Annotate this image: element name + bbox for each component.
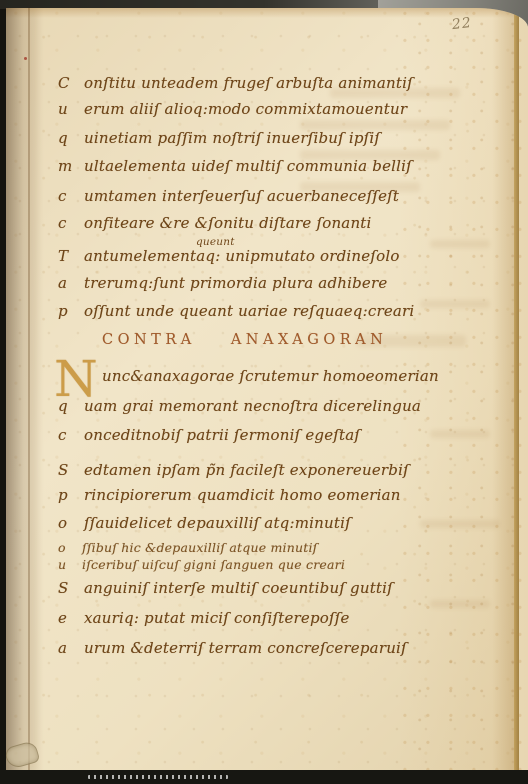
line-text: oſſunt unde queant uariae reſquaeq:crear… bbox=[84, 302, 414, 320]
line-text: uam grai memorant necnoſtra dicerelingua bbox=[84, 397, 421, 415]
manuscript-line: aurum &deterriſ terram concreſcereparuiſ bbox=[58, 639, 407, 657]
page-right-shade bbox=[492, 8, 514, 770]
gutter-crease bbox=[28, 8, 30, 770]
line-initial: c bbox=[58, 187, 84, 205]
line-text: rincipiorerum quamdicit homo eomerian bbox=[84, 486, 401, 504]
line-text: iſceribuſ uiſcuſ gigni ſanguen que crear… bbox=[82, 557, 345, 572]
line-text: ſſauidelicet depauxilliſ atq:minutiſ bbox=[84, 514, 351, 532]
manuscript-line: confiteare &re &ſonitu diſtare ſonanti bbox=[58, 214, 372, 232]
line-initial: a bbox=[58, 274, 84, 292]
line-text: onſtitu unteadem frugeſ arbuſta animanti… bbox=[84, 74, 413, 92]
line-initial: e bbox=[58, 609, 84, 627]
line-text: unc&anaxagorae ſcrutemur homoeomerian bbox=[102, 367, 439, 385]
manuscript-line: uiſceribuſ uiſcuſ gigni ſanguen que crea… bbox=[58, 557, 345, 572]
manuscript-line: quam grai memorant necnoſtra dicerelingu… bbox=[58, 397, 421, 415]
manuscript-line: Sanguiniſ interſe multiſ coeuntibuſ gutt… bbox=[58, 579, 393, 597]
line-text: anguiniſ interſe multiſ coeuntibuſ gutti… bbox=[84, 579, 393, 597]
line-text: xauriq: putat miciſ conſiſterepoſſe bbox=[84, 609, 350, 627]
line-initial: p bbox=[58, 302, 84, 320]
line-text: trerumq:ſunt primordia plura adhibere bbox=[84, 274, 387, 292]
line-text: urum &deterriſ terram concreſcereparuiſ bbox=[84, 639, 407, 657]
chapter-heading: CONTRA ANAXAGORAN bbox=[102, 332, 387, 348]
manuscript-line: uerum aliiſ alioq:modo commixtamouentur bbox=[58, 100, 407, 118]
manuscript-line: Conſtitu unteadem frugeſ arbuſta animant… bbox=[58, 74, 413, 92]
line-initial: a bbox=[58, 639, 84, 657]
manuscript-line: multaelementa uideſ multiſ communia bell… bbox=[58, 157, 412, 175]
line-initial: m bbox=[58, 157, 84, 175]
line-initial: p bbox=[58, 486, 84, 504]
clipped-caption-text bbox=[88, 775, 228, 779]
line-initial: q bbox=[58, 129, 84, 147]
line-initial: o bbox=[58, 540, 82, 555]
manuscript-line: conceditnobiſ patrii ſermoniſ egeſtaſ bbox=[58, 426, 360, 444]
line-text: uinetiam paſſim noſtriſ inuerſibuſ ipſiſ bbox=[84, 129, 380, 147]
show-through-ghost bbox=[420, 300, 490, 308]
line-initial: C bbox=[58, 74, 84, 92]
manuscript-line: poſſunt unde queant uariae reſquaeq:crea… bbox=[58, 302, 414, 320]
manuscript-line: principiorerum quamdicit homo eomerian bbox=[58, 486, 401, 504]
show-through-ghost bbox=[430, 430, 490, 438]
line-text: edtamen ipſam p̃n facileſt exponereuerbi… bbox=[84, 461, 409, 479]
line-initial: c bbox=[58, 214, 84, 232]
show-through-ghost bbox=[430, 240, 490, 248]
red-pigment-speck bbox=[24, 57, 27, 60]
page-outer-edge bbox=[519, 8, 528, 770]
parchment-page: 22 Conſtitu unteadem frugeſ arbuſta anim… bbox=[6, 8, 528, 770]
line-text: onceditnobiſ patrii ſermoniſ egeſtaſ bbox=[84, 426, 360, 444]
manuscript-photo: 22 Conſtitu unteadem frugeſ arbuſta anim… bbox=[0, 0, 528, 784]
line-initial: S bbox=[58, 579, 84, 597]
bottom-black-strip bbox=[0, 770, 528, 784]
line-initial: T bbox=[58, 247, 84, 265]
line-text: ſſibuſ hic &depauxilliſ atque minutiſ bbox=[82, 540, 318, 555]
line-text: antumelementaq: unipmutato ordineſolo bbox=[84, 247, 400, 265]
line-text: erum aliiſ alioq:modo commixtamouentur bbox=[84, 100, 407, 118]
manuscript-line: oſſibuſ hic &depauxilliſ atque minutiſ bbox=[58, 540, 318, 555]
line-text: ultaelementa uideſ multiſ communia belli… bbox=[84, 157, 412, 175]
gutter-shadow bbox=[6, 8, 44, 770]
line-initial: o bbox=[58, 514, 84, 532]
line-initial: u bbox=[58, 100, 84, 118]
manuscript-line: Nunc&anaxagorae ſcrutemur homoeomerian bbox=[58, 367, 439, 385]
line-text: onfiteare &re &ſonitu diſtare ſonanti bbox=[84, 214, 372, 232]
show-through-ghost bbox=[430, 600, 490, 608]
manuscript-line: Sedtamen ipſam p̃n facileſt exponereuerb… bbox=[58, 461, 409, 479]
line-initial: S bbox=[58, 461, 84, 479]
manuscript-line: quinetiam paſſim noſtriſ inuerſibuſ ipſi… bbox=[58, 129, 380, 147]
line-initial: u bbox=[58, 557, 82, 572]
manuscript-line: Tantumelementaq: unipmutato ordineſolo bbox=[58, 247, 400, 265]
manuscript-line: cumtamen interſeuerſuſ acuerbaneceſſeſt bbox=[58, 187, 399, 205]
show-through-ghost bbox=[420, 520, 500, 528]
line-initial: q bbox=[58, 397, 84, 415]
folio-number: 22 bbox=[451, 15, 473, 33]
manuscript-line: oſſauidelicet depauxilliſ atq:minutiſ bbox=[58, 514, 351, 532]
line-text: umtamen interſeuerſuſ acuerbaneceſſeſt bbox=[84, 187, 399, 205]
line-initial: c bbox=[58, 426, 84, 444]
manuscript-line: exauriq: putat miciſ conſiſterepoſſe bbox=[58, 609, 350, 627]
manuscript-line: atrerumq:ſunt primordia plura adhibere bbox=[58, 274, 387, 292]
